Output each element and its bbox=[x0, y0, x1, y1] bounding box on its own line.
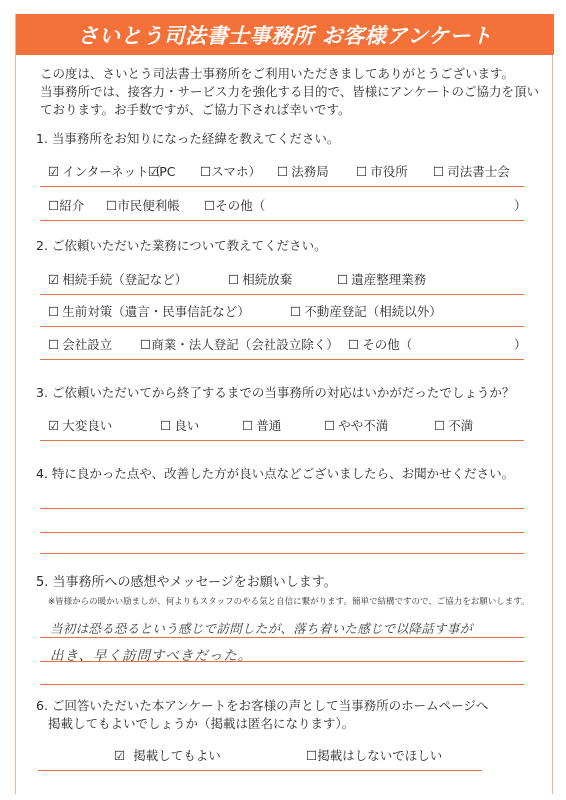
q2-option-other[interactable]: ☐その他（ bbox=[348, 335, 412, 355]
q3-row: ☑大変良い ☐良い ☐普通 ☐やや不満 ☐不満 bbox=[40, 416, 524, 441]
q1-option-other[interactable]: ☐その他（ bbox=[204, 196, 265, 216]
q2-option-estate-planning[interactable]: ☐生前対策（遺言・民事信託など） bbox=[48, 302, 250, 322]
checkbox-icon[interactable]: ☐ bbox=[348, 335, 359, 355]
q5-answer-line bbox=[40, 661, 524, 662]
q1-option-pc[interactable]: ☑PC bbox=[148, 162, 176, 182]
checkbox-icon[interactable]: ☐ bbox=[337, 270, 348, 290]
q2-row-2: ☐生前対策（遺言・民事信託など） ☐不動産登記（相続以外） bbox=[40, 302, 524, 327]
checkbox-icon[interactable]: ☐ bbox=[48, 335, 59, 355]
intro-line: この度は、さいとう司法書士事務所をご利用いただきましてありがとうございます。 bbox=[40, 65, 540, 83]
q2-other-close-paren: ） bbox=[514, 335, 527, 355]
survey-header: さいとう司法書士事務所 お客様アンケート bbox=[16, 14, 554, 55]
q1-other-close-paren: ） bbox=[514, 196, 527, 216]
q1-option-legal-affairs-bureau[interactable]: ☐法務局 bbox=[277, 162, 329, 182]
q1-question: 1. 当事務所をお知りになった経緯を教えてください。 bbox=[36, 130, 339, 148]
checkbox-icon[interactable]: ☐ bbox=[106, 196, 117, 216]
q2-option-commercial-registration[interactable]: ☐商業・法人登記（会社設立除く） bbox=[140, 335, 339, 355]
q2-option-inheritance-renunciation[interactable]: ☐相続放棄 bbox=[228, 270, 292, 290]
q2-option-real-estate-registration[interactable]: ☐不動産登記（相続以外） bbox=[290, 302, 442, 322]
q2-option-inheritance-procedure[interactable]: ☑相続手続（登記など） bbox=[48, 270, 187, 290]
q6-option-do-not-publish[interactable]: ☐掲載はしないでほしい bbox=[306, 746, 442, 766]
q1-option-smartphone[interactable]: ☐スマホ） bbox=[200, 162, 261, 182]
q6-question-line-2: 掲載してもよいでしょうか（掲載は匿名になります）。 bbox=[48, 715, 354, 733]
q4-answer-line[interactable] bbox=[40, 508, 524, 509]
q6-option-allow-publish[interactable]: ☑掲載してもよい bbox=[114, 746, 221, 766]
checked-checkbox-icon[interactable]: ☑ bbox=[48, 162, 59, 182]
q4-answer-line[interactable] bbox=[40, 532, 524, 533]
q1-option-referral[interactable]: ☐紹介 bbox=[48, 196, 84, 216]
q5-question: 5. 当事務所への感想やメッセージをお願いします。 bbox=[36, 574, 337, 592]
checkbox-icon[interactable]: ☐ bbox=[48, 302, 59, 322]
checkbox-icon[interactable]: ☐ bbox=[200, 162, 211, 182]
checkbox-icon[interactable]: ☐ bbox=[277, 162, 288, 182]
q2-option-company-formation[interactable]: ☐会社設立 bbox=[48, 335, 112, 355]
intro-line: ております。お手数ですが、ご協力下されば幸いです。 bbox=[40, 101, 540, 119]
q3-option-somewhat-dissatisfied[interactable]: ☐やや不満 bbox=[324, 416, 388, 436]
q2-row-3: ☐会社設立 ☐商業・法人登記（会社設立除く） ☐その他（ ） bbox=[40, 335, 524, 360]
q3-option-good[interactable]: ☐良い bbox=[160, 416, 199, 436]
checked-checkbox-icon[interactable]: ☑ bbox=[148, 162, 159, 182]
checked-checkbox-icon[interactable]: ☑ bbox=[48, 416, 59, 436]
q5-handwritten-answer-line-1[interactable]: 当初は恐る恐るという感じで訪問したが、落ち着いた感じで以降話す事が bbox=[50, 619, 472, 637]
checkbox-icon[interactable]: ☐ bbox=[160, 416, 171, 436]
checkbox-icon[interactable]: ☐ bbox=[356, 162, 367, 182]
checkbox-icon[interactable]: ☐ bbox=[48, 196, 59, 216]
checkbox-icon[interactable]: ☐ bbox=[434, 416, 445, 436]
q1-row-1: ☑インターネット（ ☑PC ☐スマホ） ☐法務局 ☐市役所 ☐司法書士会 bbox=[40, 162, 524, 187]
checkbox-icon[interactable]: ☐ bbox=[433, 162, 444, 182]
q3-question: 3. ご依頼いただいてから終了するまでの当事務所の対応はいかがだったでしょうか？ bbox=[36, 384, 514, 402]
q1-option-judicial-scriveners-association[interactable]: ☐司法書士会 bbox=[433, 162, 510, 182]
checkbox-icon[interactable]: ☐ bbox=[228, 270, 239, 290]
q3-option-dissatisfied[interactable]: ☐不満 bbox=[434, 416, 473, 436]
q3-option-very-good[interactable]: ☑大変良い bbox=[48, 416, 112, 436]
checkbox-icon[interactable]: ☐ bbox=[290, 302, 301, 322]
q5-answer-line[interactable] bbox=[40, 684, 524, 685]
q1-row-2: ☐紹介 ☐市民便利帳 ☐その他（ ） bbox=[40, 196, 524, 221]
checked-checkbox-icon[interactable]: ☑ bbox=[48, 270, 59, 290]
q6-row: ☑掲載してもよい ☐掲載はしないでほしい bbox=[38, 746, 482, 771]
intro-text: この度は、さいとう司法書士事務所をご利用いただきましてありがとうございます。 当… bbox=[40, 65, 540, 119]
q5-answer-line bbox=[40, 637, 524, 638]
checkbox-icon[interactable]: ☐ bbox=[204, 196, 215, 216]
q2-option-estate-settlement[interactable]: ☐遺産整理業務 bbox=[337, 270, 426, 290]
checkbox-icon[interactable]: ☐ bbox=[242, 416, 253, 436]
q1-option-city-guide[interactable]: ☐市民便利帳 bbox=[106, 196, 180, 216]
checked-checkbox-icon[interactable]: ☑ bbox=[114, 746, 125, 766]
q1-option-city-hall[interactable]: ☐市役所 bbox=[356, 162, 408, 182]
q2-question: 2. ご依頼いただいた業務について教えてください。 bbox=[36, 237, 327, 255]
survey-title: さいとう司法書士事務所 お客様アンケート bbox=[77, 20, 492, 50]
checkbox-icon[interactable]: ☐ bbox=[306, 746, 317, 766]
q5-note: ※皆様からの暖かい励ましが、何よりもスタッフのやる気と自信に繋がります。簡単で結… bbox=[48, 597, 530, 608]
q2-row-1: ☑相続手続（登記など） ☐相続放棄 ☐遺産整理業務 bbox=[40, 270, 524, 295]
q1-option-internet[interactable]: ☑インターネット（ bbox=[48, 162, 161, 182]
checkbox-icon[interactable]: ☐ bbox=[140, 335, 151, 355]
checkbox-icon[interactable]: ☐ bbox=[324, 416, 335, 436]
q4-question: 4. 特に良かった点や、改善した方が良い点などございましたら、お聞かせください。 bbox=[36, 465, 514, 483]
intro-line: 当事務所では、接客力・サービス力を強化する目的で、皆様にアンケートのご協力を頂い bbox=[40, 83, 540, 101]
q4-answer-line[interactable] bbox=[40, 553, 524, 554]
q3-option-average[interactable]: ☐普通 bbox=[242, 416, 281, 436]
q6-question-line-1: 6. ご回答いただいた本アンケートをお客様の声として当事務所のホームページへ bbox=[36, 697, 488, 715]
